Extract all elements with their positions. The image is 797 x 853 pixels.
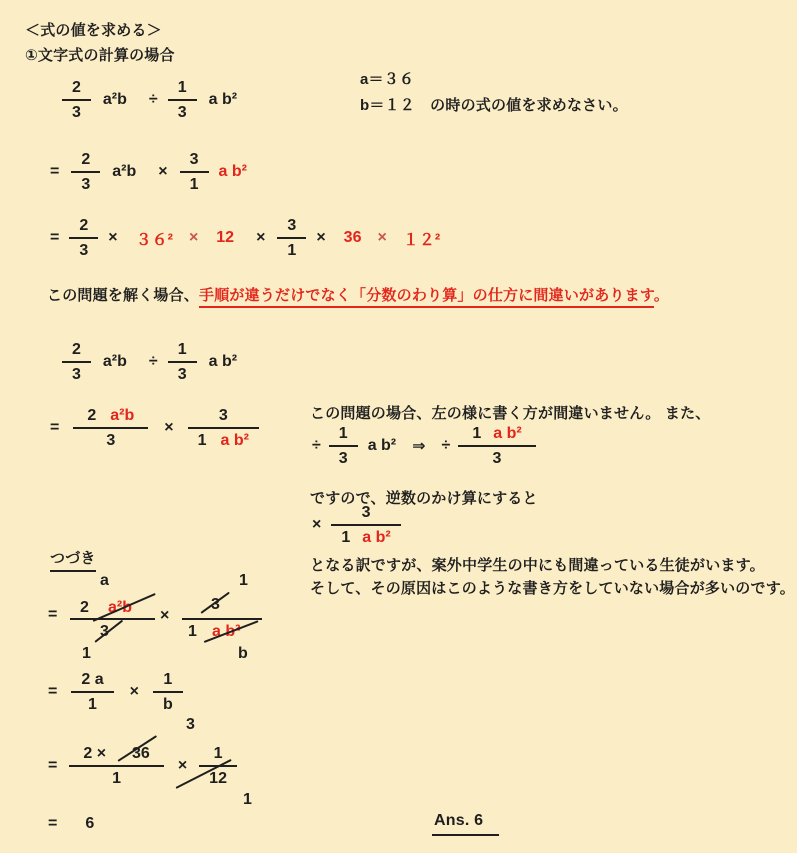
term: a²b (112, 163, 136, 181)
equation-problem: 2 3 a²b ÷ 1 3 a b² (62, 76, 237, 124)
cancel-result-below: 1 (82, 645, 91, 663)
fraction-numerator: 2 a (71, 670, 113, 691)
coefficient: 1 (472, 425, 481, 442)
term-red: a²b (110, 407, 134, 424)
term: a b² (368, 437, 396, 455)
fraction-numerator: 3 (352, 503, 381, 524)
coefficient: 1 (198, 432, 207, 449)
equation-correct-form: = 2a²b 3 × 3 1a b² (50, 402, 259, 454)
fraction-numerator: 2 (69, 216, 98, 237)
term: a²b (103, 91, 127, 109)
fraction-denominator: 3 (483, 447, 512, 468)
coefficient: 1 (188, 623, 197, 641)
fraction-denominator: 3 (329, 447, 358, 468)
equation-step-2: = 2 3 × ３６² × 12 × 3 1 × 36 × １２² (50, 214, 440, 262)
equation-result: = 6 (48, 814, 94, 834)
multiply-operator: × (158, 163, 167, 181)
coefficient: 1 (341, 529, 350, 546)
fraction-numerator: 2 (62, 78, 91, 99)
cancel-result-above: 1 (239, 572, 248, 590)
fraction: 1a b² 3 (458, 424, 535, 468)
explanation-line-3: となる訳ですが、案外中学生の中にも間違っている生徒がいます。 (310, 554, 765, 575)
substituted-value: 12 (216, 229, 234, 247)
worksheet-page: ＜式の値を求める＞ ①文字式の計算の場合 a＝３６ b＝１２ の時の式の値を求め… (0, 0, 797, 853)
equation-problem-repeat: 2 3 a²b ÷ 1 3 a b² (62, 338, 237, 386)
cancel-result-below: 1 (243, 791, 252, 809)
term: a b² (209, 353, 237, 371)
note-period: 。 (654, 287, 669, 304)
term-red: a b² (221, 432, 249, 449)
equation-step-3: = 2 a 1 × 1 b (48, 668, 183, 716)
multiply-operator-red: × (189, 229, 198, 247)
multiply-operator: × (312, 516, 321, 534)
coefficient: 2 (80, 599, 89, 617)
fraction-denominator: 1 (78, 693, 107, 714)
fraction-denominator: 1 (180, 173, 209, 194)
fraction-numerator: 1 (168, 340, 197, 361)
fraction-numerator: 1 (168, 78, 197, 99)
divide-operator: ÷ (149, 91, 158, 109)
equals-sign: = (48, 757, 57, 775)
multiply-operator: × (108, 229, 117, 247)
substituted-value: １２² (403, 227, 440, 250)
fraction: 3 1a b² (188, 406, 259, 450)
note-prefix: この問題を解く場合、 (47, 287, 199, 304)
implies-arrow: ⇒ (412, 436, 425, 456)
term: a b² (209, 91, 237, 109)
substituted-value: ３６² (136, 227, 173, 250)
cancel-result-above: 3 (186, 716, 195, 734)
fraction-numerator: 2 ×36 (69, 744, 163, 765)
note-highlight: 手順が違うだけでなく「分数のわり算」の仕方に間違いがあります (199, 287, 654, 308)
note-sentence: この問題を解く場合、手順が違うだけでなく「分数のわり算」の仕方に間違いがあります… (47, 284, 669, 305)
coefficient: 2 × (83, 745, 106, 762)
multiply-operator: × (256, 229, 265, 247)
fraction-numerator: 2 (71, 150, 100, 171)
equals-sign: = (48, 683, 57, 701)
fraction-numerator: 3 (277, 216, 306, 237)
fraction-denominator: 1a b² (188, 429, 259, 450)
substituted-value: 36 (344, 229, 362, 247)
cancel-result-below: b (238, 645, 248, 663)
term-red: a b² (362, 529, 390, 546)
fraction-denominator: 3 (62, 101, 91, 122)
cancel-result-above: a (100, 572, 109, 590)
equals-sign: = (50, 163, 59, 181)
multiply-operator: × (178, 757, 187, 775)
answer-label: Ans. 6 (432, 812, 499, 836)
fraction: 1 3 (168, 78, 197, 122)
equation-step-4: = 2 ×36 1 × 1 12 (48, 740, 237, 792)
section-heading: ①文字式の計算の場合 (25, 44, 175, 65)
fraction-numerator: 1a b² (458, 424, 535, 445)
coefficient: 2 (87, 407, 96, 424)
fraction-denominator: 1a b² (331, 526, 400, 547)
fraction: 2 3 (62, 78, 91, 122)
fraction-denominator: 3 (69, 239, 98, 260)
fraction-denominator: 1 (277, 239, 306, 260)
fraction: 2 ×36 1 (69, 744, 163, 788)
fraction: 2 a 1 (71, 670, 113, 714)
fraction-denominator: 3 (62, 363, 91, 384)
term-red: a b² (493, 425, 521, 442)
page-title: ＜式の値を求める＞ (25, 19, 162, 40)
fraction-bar (182, 618, 262, 620)
equals-sign: = (48, 606, 57, 624)
fraction: 2 3 (71, 150, 100, 194)
fraction: 3 1 (277, 216, 306, 260)
divide-operator: ÷ (442, 437, 451, 455)
fraction: 3 1a b² (331, 503, 400, 547)
fraction-numerator: 1 (153, 670, 182, 691)
term: a²b (103, 353, 127, 371)
fraction: 1 3 (329, 424, 358, 468)
multiply-operator: × (316, 229, 325, 247)
multiply-operator-red: × (377, 229, 386, 247)
reciprocal-expression: ÷ 1 3 a b² ⇒ ÷ 1a b² 3 (312, 420, 536, 472)
multiply-operator: × (160, 607, 169, 625)
equals-sign: = (48, 815, 57, 833)
fraction-bar (70, 618, 155, 620)
fraction: 2 3 (69, 216, 98, 260)
equals-sign: = (50, 229, 59, 247)
fraction-denominator: 1 (102, 767, 131, 788)
fraction-denominator: b (153, 693, 183, 714)
fraction-numerator: 3 (180, 150, 209, 171)
fraction: 3 1 (180, 150, 209, 194)
explanation-line-4: そして、その原因はこのような書き方をしていない場合が多いのです。 (310, 577, 795, 598)
fraction-denominator: 3 (71, 173, 100, 194)
fraction-denominator: 3 (168, 363, 197, 384)
multiply-reciprocal-expression: × 3 1a b² (312, 499, 401, 551)
fraction-denominator-cancelled: 12 (199, 767, 237, 788)
fraction-denominator: 3 (96, 429, 125, 450)
divide-operator: ÷ (312, 437, 321, 455)
equation-step-1: = 2 3 a²b × 3 1 a b² (50, 148, 247, 196)
divide-operator: ÷ (149, 353, 158, 371)
continuation-heading: つづき (50, 547, 96, 572)
fraction-numerator: 2a²b (73, 406, 148, 427)
equals-sign: = (50, 419, 59, 437)
fraction-numerator: 2 (62, 340, 91, 361)
multiply-operator: × (164, 419, 173, 437)
fraction: 2a²b 3 (73, 406, 148, 450)
fraction: 2 3 (62, 340, 91, 384)
multiply-operator: × (130, 683, 139, 701)
given-value-a: a＝３６ (360, 68, 414, 89)
fraction: 1 3 (168, 340, 197, 384)
term-red: a b² (219, 163, 247, 181)
given-value-b: b＝１２ の時の式の値を求めなさい。 (360, 94, 628, 115)
fraction-denominator: 3 (168, 101, 197, 122)
fraction-numerator: 3 (209, 406, 238, 427)
result-value: 6 (85, 815, 94, 833)
fraction: 1 b (153, 670, 183, 714)
fraction-numerator: 1 (329, 424, 358, 445)
